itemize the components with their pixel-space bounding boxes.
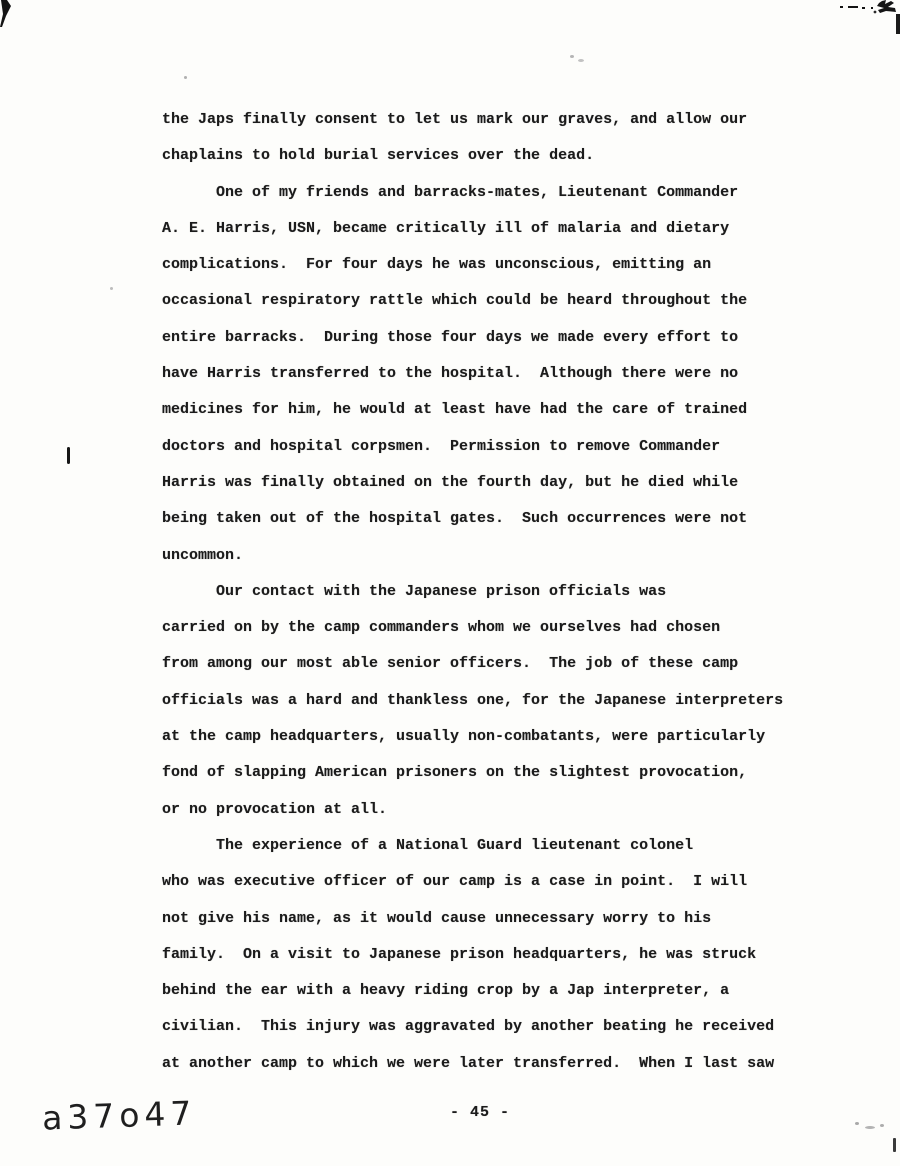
text-line: medicines for him, he would at least hav… [162, 392, 842, 428]
handwritten-annotation: a37o47 [41, 1093, 197, 1137]
text-line: civilian. This injury was aggravated by … [162, 1009, 842, 1045]
text-line: doctors and hospital corpsmen. Permissio… [162, 429, 842, 465]
noise-speck [865, 1126, 875, 1129]
text-line: A. E. Harris, USN, became critically ill… [162, 211, 842, 247]
text-line: occasional respiratory rattle which coul… [162, 283, 842, 319]
text-line: at the camp headquarters, usually non-co… [162, 719, 842, 755]
text-line: Our contact with the Japanese prison off… [162, 574, 842, 610]
stray-paren-mark-icon [67, 447, 70, 464]
noise-speck [184, 76, 187, 79]
text-line: or no provocation at all. [162, 792, 842, 828]
text-line: complications. For four days he was unco… [162, 247, 842, 283]
text-line: have Harris transferred to the hospital.… [162, 356, 842, 392]
text-line: behind the ear with a heavy riding crop … [162, 973, 842, 1009]
text-line: One of my friends and barracks-mates, Li… [162, 175, 842, 211]
ink-blob-top-right-icon [872, 0, 898, 16]
edge-mark-right-icon [896, 14, 900, 34]
typewritten-text: the Japs finally consent to let us mark … [162, 102, 842, 1082]
text-line: officials was a hard and thankless one, … [162, 683, 842, 719]
text-line: not give his name, as it would cause unn… [162, 901, 842, 937]
text-line: being taken out of the hospital gates. S… [162, 501, 842, 537]
text-line: uncommon. [162, 538, 842, 574]
text-line: family. On a visit to Japanese prison he… [162, 937, 842, 973]
scanned-document-page: the Japs finally consent to let us mark … [0, 0, 900, 1166]
noise-speck [578, 59, 584, 62]
edge-mark-bottom-right-icon [893, 1138, 896, 1152]
text-line: the Japs finally consent to let us mark … [162, 102, 842, 138]
noise-speck [855, 1122, 859, 1125]
noise-speck [880, 1124, 884, 1127]
text-line: The experience of a National Guard lieut… [162, 828, 842, 864]
text-line: who was executive officer of our camp is… [162, 864, 842, 900]
ink-dash-icon [848, 6, 858, 8]
text-line: chaplains to hold burial services over t… [162, 138, 842, 174]
text-line: at another camp to which we were later t… [162, 1046, 842, 1082]
text-line: carried on by the camp commanders whom w… [162, 610, 842, 646]
text-line: fond of slapping American prisoners on t… [162, 755, 842, 791]
page-number: - 45 - [450, 1104, 510, 1121]
noise-speck [110, 287, 113, 290]
text-line: from among our most able senior officers… [162, 646, 842, 682]
ink-dash-icon [840, 6, 843, 8]
noise-speck [570, 55, 574, 58]
ink-mark-top-left-icon [0, 0, 14, 28]
text-line: entire barracks. During those four days … [162, 320, 842, 356]
ink-dash-icon [862, 7, 865, 9]
text-line: Harris was finally obtained on the fourt… [162, 465, 842, 501]
